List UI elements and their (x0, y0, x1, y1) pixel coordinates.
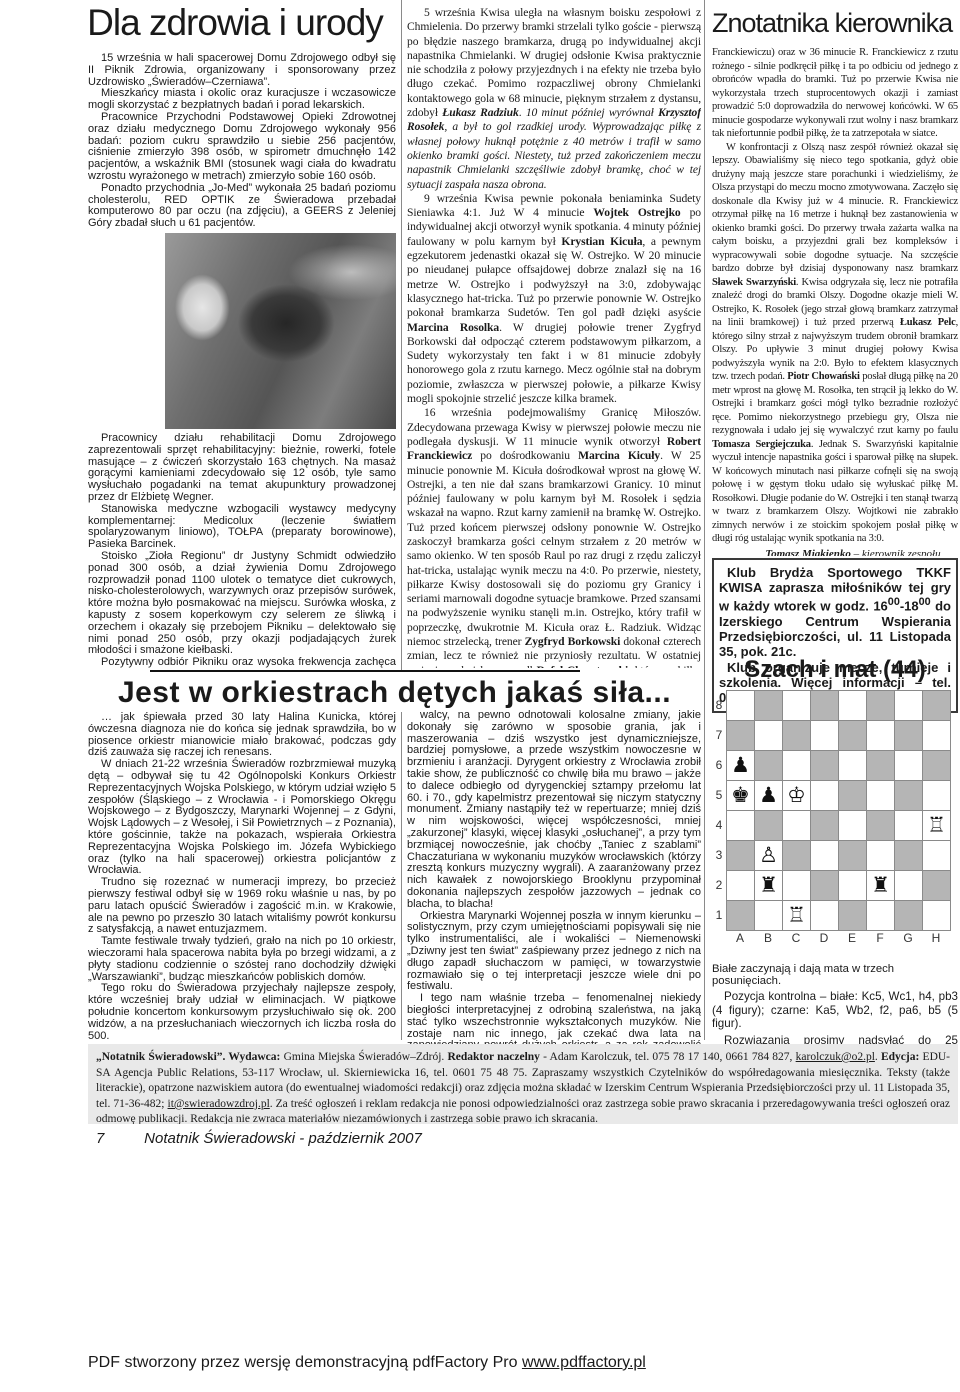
manager-notebook-paragraphs: Franckiewiczu) oraz w 36 minucie R. Fran… (712, 46, 958, 546)
square-h5 (922, 780, 951, 811)
piece-black-king-a5: ♚ (726, 780, 755, 811)
notebook-paragraph: W konfrontacji z Olszą nasz zespół równi… (712, 141, 958, 546)
rank-label-4: 4 (712, 810, 726, 840)
rank-label-5: 5 (712, 780, 726, 810)
square-a2 (726, 870, 755, 901)
square-g1 (894, 900, 923, 931)
orchestra-paragraph: Orkiestra Marynarki Wojennej poszła w in… (407, 911, 701, 994)
piece-black-rook-b2: ♜ (754, 870, 783, 901)
orchestra-paragraph: Tamte festiwale trwały tydzień, grało na… (88, 936, 396, 983)
square-c7 (782, 720, 811, 751)
square-c2 (782, 870, 811, 901)
health-paragraph: Pracownicy działu rehabilitacji Domu Zdr… (88, 433, 396, 504)
file-label-h: H (922, 930, 950, 960)
square-e3 (838, 840, 867, 871)
piece-white-pawn-b3: ♙ (754, 840, 783, 871)
square-b7 (754, 720, 783, 751)
column-divider (401, 712, 402, 1040)
square-g3 (894, 840, 923, 871)
file-label-e: E (838, 930, 866, 960)
square-h8 (922, 690, 951, 721)
square-g2 (894, 870, 923, 901)
square-d7 (810, 720, 839, 751)
rank-label-7: 7 (712, 720, 726, 750)
square-a1 (726, 900, 755, 931)
file-label-f: F (866, 930, 894, 960)
square-d2 (810, 870, 839, 901)
orchestra-column-2: walcy, na pewno odnotowali kolosalne zmi… (407, 710, 701, 1044)
piece-white-king-c5: ♔ (782, 780, 811, 811)
square-h3 (922, 840, 951, 871)
square-g6 (894, 750, 923, 781)
square-a7 (726, 720, 755, 751)
issue-title: Notatnik Świeradowski - październik 2007 (144, 1130, 422, 1147)
football-paragraph: 5 września Kwisa uległa na własnym boisk… (407, 6, 701, 192)
football-paragraph: 9 września Kwisa pewnie pokonała beniami… (407, 192, 701, 406)
square-b8 (754, 690, 783, 721)
square-f1 (866, 900, 895, 931)
square-h2 (922, 870, 951, 901)
column-divider (704, 0, 705, 1040)
chess-caption: Białe zaczynają i dają mata w trzech pos… (712, 963, 958, 987)
square-g7 (894, 720, 923, 751)
orchestra-paragraph: … jak śpiewała przed 30 laty Halina Kuni… (88, 712, 396, 759)
football-paragraph: 16 września podejmowaliśmy Granicę Miłos… (407, 406, 701, 668)
imprint-text: „Notatnik Świeradowski”. Wydawca: Gmina … (96, 1050, 950, 1124)
rank-label-1: 1 (712, 900, 726, 930)
chess-title: Szach i mat (44) (712, 656, 958, 684)
column-divider (401, 0, 402, 670)
piece-black-rook-f2: ♜ (866, 870, 895, 901)
square-g5 (894, 780, 923, 811)
square-d6 (810, 750, 839, 781)
health-article: Dla zdrowia i urody 15 września w hali s… (88, 2, 396, 668)
health-intro-paragraphs: 15 września w hali spacerowej Domu Zdroj… (88, 53, 396, 230)
imprint-box: „Notatnik Świeradowski”. Wydawca: Gmina … (88, 1044, 958, 1124)
square-f4 (866, 810, 895, 841)
bridge-club-paragraph: Klub Brydża Sportowego TKKF KWISA zapras… (719, 565, 951, 660)
health-paragraph: 15 września w hali spacerowej Domu Zdroj… (88, 53, 396, 88)
square-f5 (866, 780, 895, 811)
page-number: 7 (96, 1130, 140, 1147)
health-paragraph: Pracownice Przychodni Podstawowej Opieki… (88, 112, 396, 183)
square-c8 (782, 690, 811, 721)
rank-label-2: 2 (712, 870, 726, 900)
file-label-g: G (894, 930, 922, 960)
health-paragraph: Ponadto przychodnia „Jo-Med” wykonała 25… (88, 183, 396, 230)
square-e7 (838, 720, 867, 751)
square-g8 (894, 690, 923, 721)
square-a8 (726, 690, 755, 721)
square-e4 (838, 810, 867, 841)
section-rule (150, 670, 580, 672)
pdf-demo-notice: PDF stworzony przez wersję demonstracyjn… (88, 1354, 646, 1372)
health-paragraph: Stoisko „Zioła Regionu” dr Justyny Schmi… (88, 551, 396, 657)
square-h7 (922, 720, 951, 751)
orchestra-paragraph: Trudno się rozeznać w numeracji imprezy,… (88, 877, 396, 936)
health-article-title: Dla zdrowia i urody (88, 2, 396, 44)
square-f7 (866, 720, 895, 751)
piece-black-pawn-a6: ♟ (726, 750, 755, 781)
square-e6 (838, 750, 867, 781)
square-g4 (894, 810, 923, 841)
square-c4 (782, 810, 811, 841)
square-c3 (782, 840, 811, 871)
orchestra-column-2-paragraphs: walcy, na pewno odnotowali kolosalne zmi… (407, 710, 701, 1044)
square-d8 (810, 690, 839, 721)
square-a3 (726, 840, 755, 871)
square-b6 (754, 750, 783, 781)
page-footer-line: 7 Notatnik Świeradowski - październik 20… (96, 1130, 422, 1147)
health-body-paragraphs: Pracownicy działu rehabilitacji Domu Zdr… (88, 433, 396, 668)
notebook-paragraph: Franckiewiczu) oraz w 36 minucie R. Fran… (712, 46, 958, 141)
square-e8 (838, 690, 867, 721)
file-label-a: A (726, 930, 754, 960)
square-h1 (922, 900, 951, 931)
piece-black-pawn-b5: ♟ (754, 780, 783, 811)
orchestra-paragraph: I tego nam właśnie trzeba – fenomenalnej… (407, 993, 701, 1044)
rank-label-3: 3 (712, 840, 726, 870)
orchestra-article-title: Jest w orkiestrach dętych jakaś siła... (88, 676, 701, 710)
piece-white-rook-c1: ♖ (782, 900, 811, 931)
square-f8 (866, 690, 895, 721)
square-e1 (838, 900, 867, 931)
manager-notebook-title: Znotatnika kierownika (712, 8, 958, 39)
file-label-b: B (754, 930, 782, 960)
square-a4 (726, 810, 755, 841)
square-h6 (922, 750, 951, 781)
chess-section: Szach i mat (44) 876♟5♚♟♔4♖3♙2♜♜1♖ABCDEF… (712, 656, 958, 1088)
board-corner (712, 930, 726, 960)
square-d1 (810, 900, 839, 931)
chess-board: 876♟5♚♟♔4♖3♙2♜♜1♖ABCDEFGH (712, 690, 958, 960)
file-label-d: D (810, 930, 838, 960)
newspaper-page: Dla zdrowia i urody 15 września w hali s… (0, 0, 960, 1392)
square-d3 (810, 840, 839, 871)
football-report: 5 września Kwisa uległa na własnym boisk… (407, 6, 701, 668)
right-column: Znotatnika kierownika Franckiewiczu) ora… (712, 8, 958, 1050)
health-paragraph: Mieszkańcy miasta i okolic oraz kuracjus… (88, 88, 396, 112)
orchestra-column-1: … jak śpiewała przed 30 laty Halina Kuni… (88, 712, 396, 1042)
square-d5 (810, 780, 839, 811)
square-b1 (754, 900, 783, 931)
square-f3 (866, 840, 895, 871)
square-e5 (838, 780, 867, 811)
health-paragraph: Pozytywny odbiór Pikniku oraz wysoka fre… (88, 657, 396, 668)
eye-exam-photo (165, 233, 396, 429)
file-label-c: C (782, 930, 810, 960)
chess-position-note: Pozycja kontrolna – białe: Kc5, Wc1, h4,… (712, 990, 958, 1031)
pdffactory-link[interactable]: www.pdffactory.pl (522, 1354, 646, 1371)
health-paragraph: Stanowiska medyczne wzbogacili wystawcy … (88, 504, 396, 551)
piece-white-rook-h4: ♖ (922, 810, 951, 841)
square-f6 (866, 750, 895, 781)
pdf-demo-text: PDF stworzony przez wersję demonstracyjn… (88, 1354, 522, 1371)
orchestra-paragraph: W dniach 21-22 września Świeradów rozbrz… (88, 759, 396, 877)
orchestra-paragraph: Tego roku do Świeradowa przyjechały najl… (88, 983, 396, 1042)
manager-notebook-signature: Tomasz Miakienko – kierownik zespołu (712, 548, 958, 557)
orchestra-paragraph: walcy, na pewno odnotowali kolosalne zmi… (407, 710, 701, 911)
manager-notebook-article: Znotatnika kierownika Franckiewiczu) ora… (712, 8, 958, 556)
rank-label-8: 8 (712, 690, 726, 720)
square-e2 (838, 870, 867, 901)
square-c6 (782, 750, 811, 781)
rank-label-6: 6 (712, 750, 726, 780)
square-d4 (810, 810, 839, 841)
square-b4 (754, 810, 783, 841)
